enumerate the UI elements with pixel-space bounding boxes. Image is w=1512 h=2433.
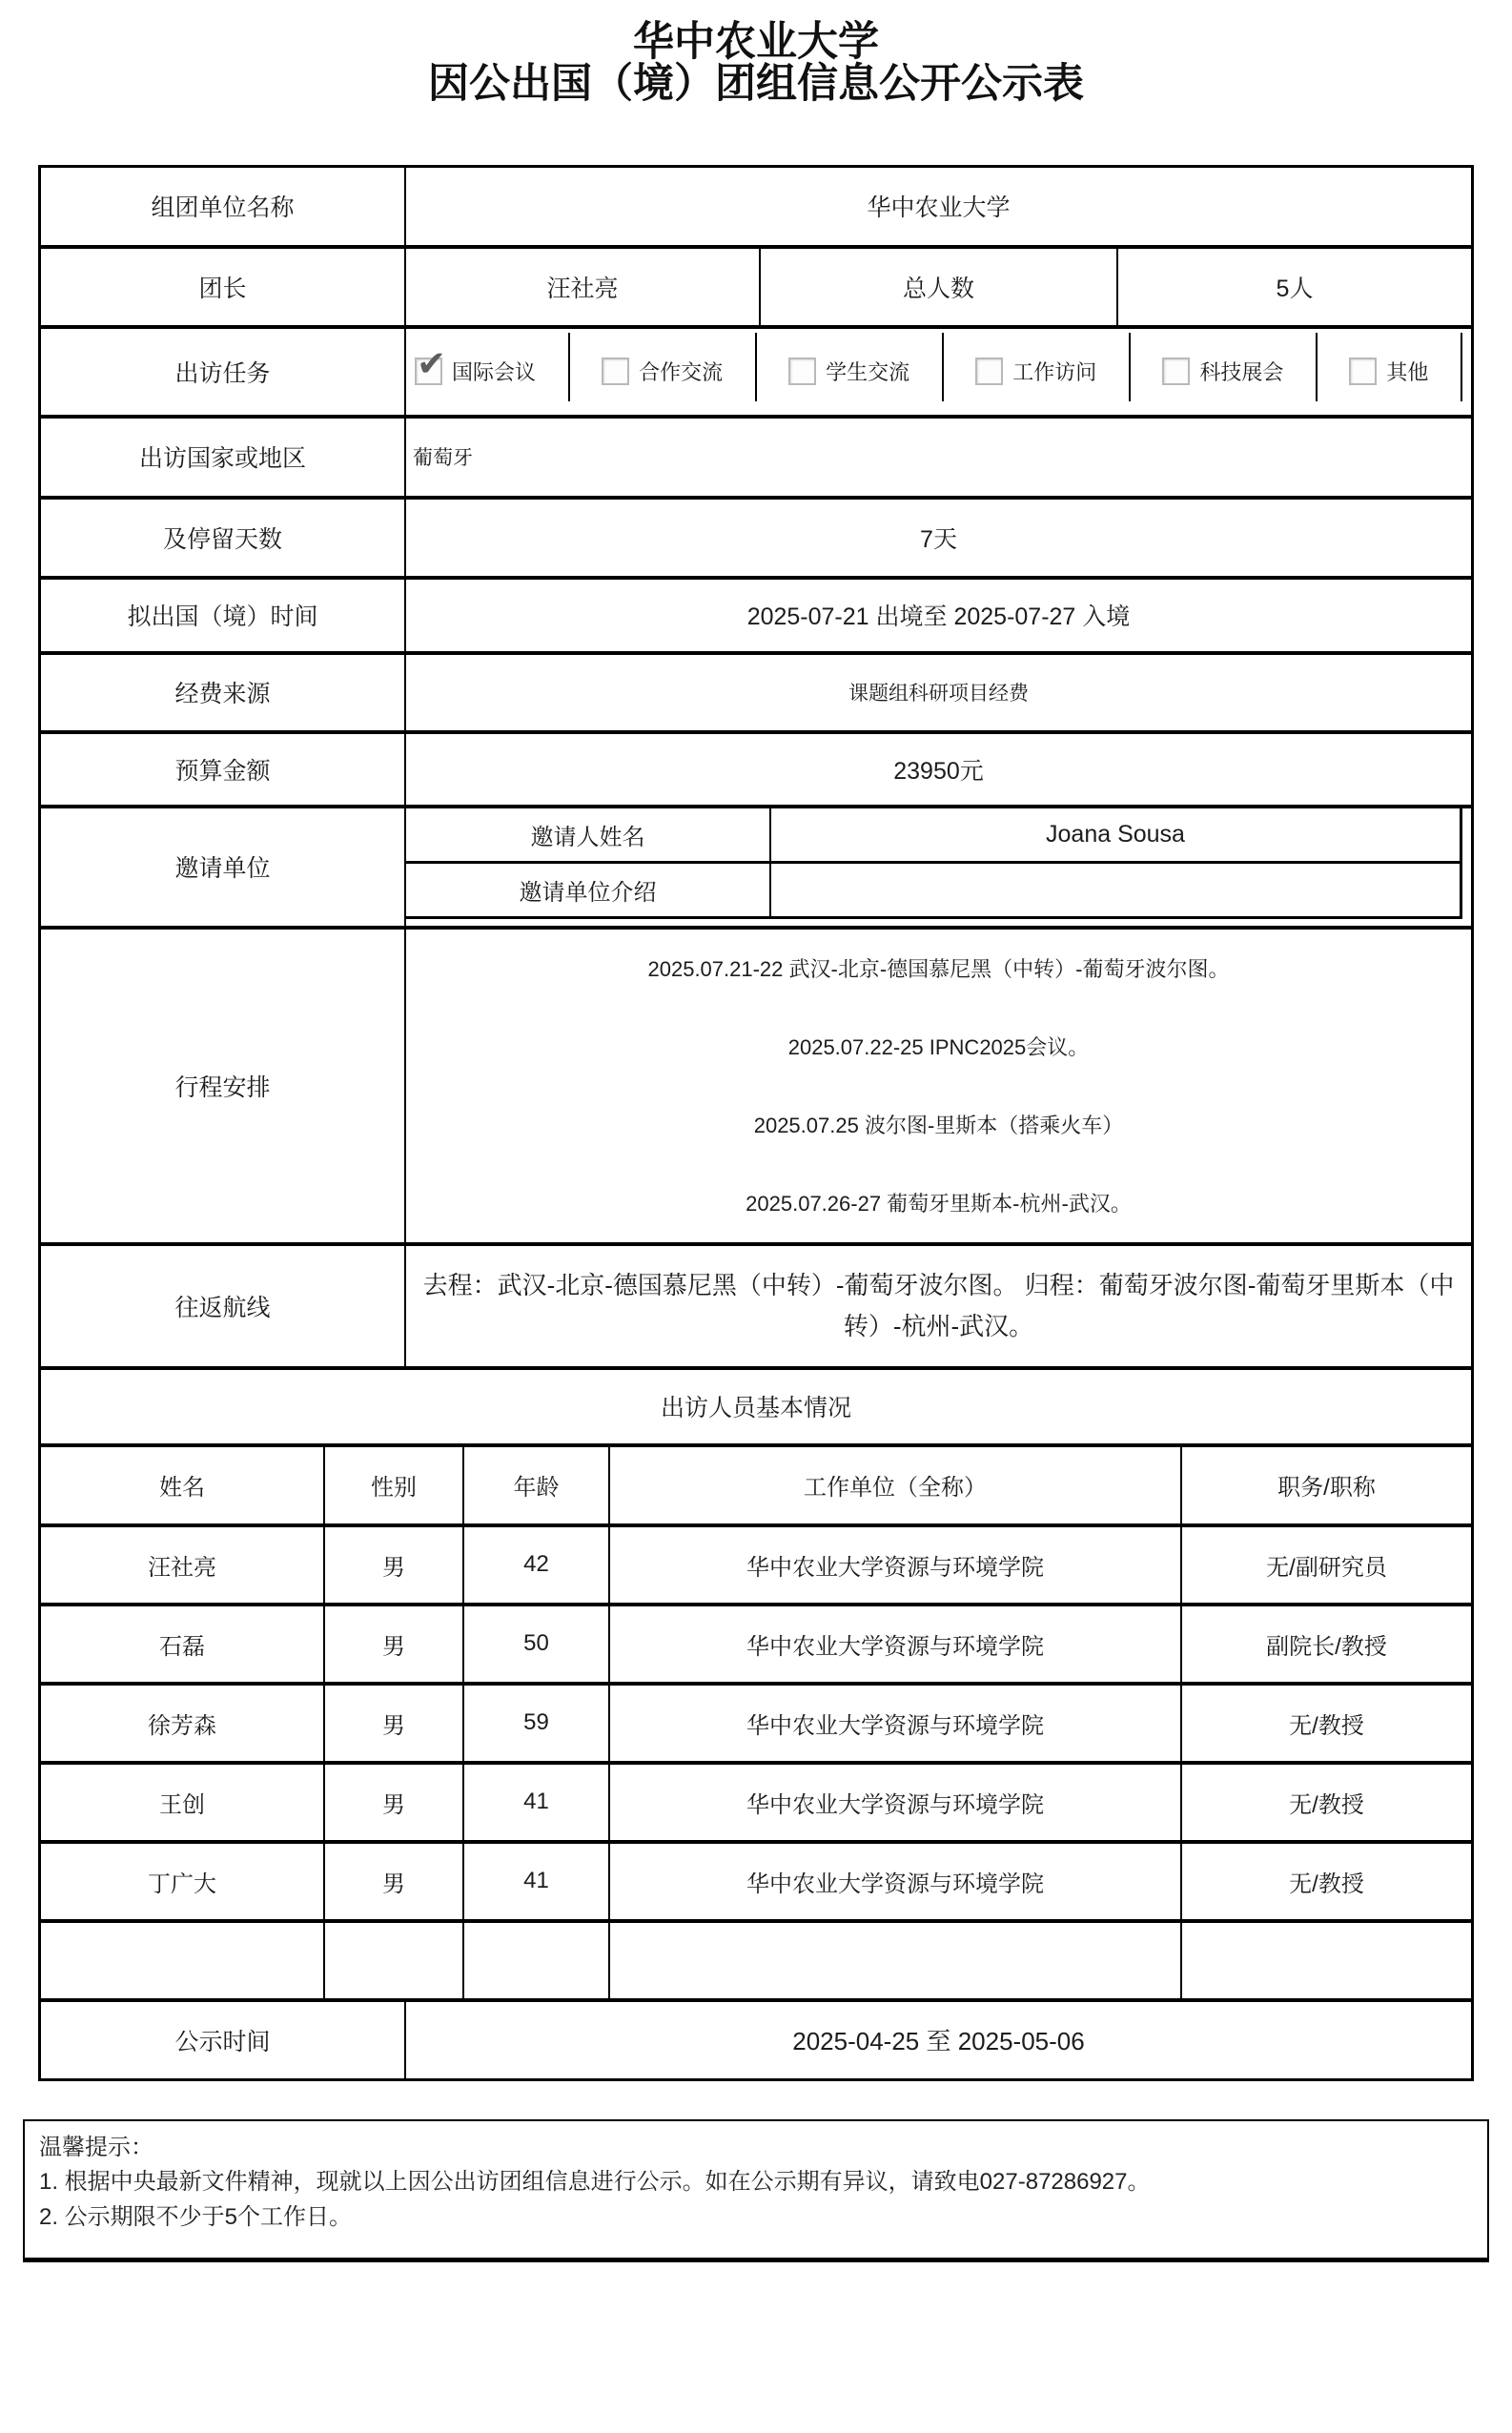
total-label: 总人数 xyxy=(761,249,1118,325)
row-invite: 邀请单位 邀请人姓名 Joana Sousa 邀请单位介绍 xyxy=(41,805,1471,926)
route-label: 往返航线 xyxy=(41,1246,406,1366)
days-value: 7天 xyxy=(406,500,1471,576)
total-value: 5人 xyxy=(1118,249,1471,325)
itinerary-value: 2025.07.21-22 武汉-北京-德国慕尼黑（中转）-葡萄牙波尔图。 20… xyxy=(406,930,1471,1242)
person-name: 汪社亮 xyxy=(41,1527,325,1603)
task-option: ✔ 工作访问 xyxy=(975,357,1096,386)
notes-item-2: 2. 公示期限不少于5个工作日。 xyxy=(39,2200,1473,2235)
row-route: 往返航线 去程：武汉-北京-德国慕尼黑（中转）-葡萄牙波尔图。 归程：葡萄牙波尔… xyxy=(41,1242,1471,1366)
person-sex: 男 xyxy=(325,1606,464,1682)
invite-intro-row: 邀请单位介绍 xyxy=(406,861,1460,916)
person-sex: 男 xyxy=(325,1527,464,1603)
row-tasks: 出访任务 ✔ 国际会议 ✔ 合作交流 ✔ 学生交流 ✔ 工作访问 xyxy=(41,325,1471,415)
task-options: ✔ 国际会议 ✔ 合作交流 ✔ 学生交流 ✔ 工作访问 ✔ 科技展会 xyxy=(406,329,1471,415)
leader-value: 汪社亮 xyxy=(406,249,761,325)
task-option-label: 工作访问 xyxy=(1012,357,1096,386)
task-option: ✔ 国际会议 xyxy=(415,357,536,386)
task-option-label: 学生交流 xyxy=(826,357,909,386)
person-role: 无/教授 xyxy=(1182,1844,1471,1919)
person-age: 50 xyxy=(464,1606,610,1682)
notes-box: 温馨提示： 1. 根据中央最新文件精神，现就以上因公出访团组信息进行公示。如在公… xyxy=(23,2119,1489,2262)
task-divider xyxy=(568,333,570,401)
inviter-name-value: Joana Sousa xyxy=(771,808,1460,861)
task-option: ✔ 学生交流 xyxy=(788,357,909,386)
leader-label: 团长 xyxy=(41,249,406,325)
col-header-org: 工作单位（全称） xyxy=(610,1447,1182,1523)
task-option-label: 其他 xyxy=(1386,357,1428,386)
task-divider xyxy=(755,333,757,401)
person-age: 42 xyxy=(464,1527,610,1603)
disclosure-table: 组团单位名称 华中农业大学 团长 汪社亮 总人数 5人 出访任务 ✔ 国际会议 … xyxy=(38,165,1474,2081)
time-value: 2025-07-21 出境至 2025-07-27 入境 xyxy=(406,580,1471,651)
person-role: 无/副研究员 xyxy=(1182,1527,1471,1603)
check-icon: ✔ xyxy=(417,346,446,381)
publicity-label: 公示时间 xyxy=(41,2002,406,2078)
row-time: 拟出国（境）时间 2025-07-21 出境至 2025-07-27 入境 xyxy=(41,576,1471,651)
person-name: 丁广大 xyxy=(41,1844,325,1919)
person-name: 徐芳森 xyxy=(41,1686,325,1761)
table-row: 石磊 男 50 华中农业大学资源与环境学院 副院长/教授 xyxy=(41,1603,1471,1682)
row-fund: 经费来源 课题组科研项目经费 xyxy=(41,651,1471,730)
invite-intro-label: 邀请单位介绍 xyxy=(406,864,771,916)
table-row: 徐芳森 男 59 华中农业大学资源与环境学院 无/教授 xyxy=(41,1682,1471,1761)
row-budget: 预算金额 23950元 xyxy=(41,730,1471,805)
budget-value: 23950元 xyxy=(406,734,1471,805)
person-org: 华中农业大学资源与环境学院 xyxy=(610,1686,1182,1761)
route-value: 去程：武汉-北京-德国慕尼黑（中转）-葡萄牙波尔图。 归程：葡萄牙波尔图-葡萄牙… xyxy=(406,1246,1471,1366)
country-value: 葡萄牙 xyxy=(406,419,1471,496)
person-name xyxy=(41,1923,325,1998)
person-org: 华中农业大学资源与环境学院 xyxy=(610,1765,1182,1840)
person-name: 王创 xyxy=(41,1765,325,1840)
table-row: 王创 男 41 华中农业大学资源与环境学院 无/教授 xyxy=(41,1761,1471,1840)
org-label: 组团单位名称 xyxy=(41,168,406,245)
task-option-label: 国际会议 xyxy=(452,357,536,386)
org-value: 华中农业大学 xyxy=(406,168,1471,245)
itinerary-label: 行程安排 xyxy=(41,930,406,1242)
task-divider xyxy=(1461,333,1462,401)
table-row: 丁广大 男 41 华中农业大学资源与环境学院 无/教授 xyxy=(41,1840,1471,1919)
task-checkbox[interactable]: ✔ xyxy=(1349,358,1377,385)
row-days: 及停留天数 7天 xyxy=(41,496,1471,576)
fund-label: 经费来源 xyxy=(41,655,406,730)
invite-label: 邀请单位 xyxy=(41,808,406,926)
days-label: 及停留天数 xyxy=(41,500,406,576)
person-age: 59 xyxy=(464,1686,610,1761)
task-checkbox[interactable]: ✔ xyxy=(975,358,1003,385)
task-divider xyxy=(1129,333,1131,401)
itinerary-line: 2025.07.21-22 武汉-北京-德国慕尼黑（中转）-葡萄牙波尔图。 xyxy=(648,953,1230,983)
person-org: 华中农业大学资源与环境学院 xyxy=(610,1844,1182,1919)
notes-item-1: 1. 根据中央最新文件精神，现就以上因公出访团组信息进行公示。如在公示期有异议，… xyxy=(39,2165,1473,2199)
task-label: 出访任务 xyxy=(41,329,406,415)
task-checkbox[interactable]: ✔ xyxy=(602,358,629,385)
person-sex xyxy=(325,1923,464,1998)
person-age: 41 xyxy=(464,1844,610,1919)
task-divider xyxy=(942,333,944,401)
person-role: 无/教授 xyxy=(1182,1686,1471,1761)
task-option-label: 合作交流 xyxy=(639,357,723,386)
person-name: 石磊 xyxy=(41,1606,325,1682)
person-sex: 男 xyxy=(325,1765,464,1840)
task-option: ✔ 科技展会 xyxy=(1162,357,1283,386)
person-org xyxy=(610,1923,1182,1998)
table-row-empty xyxy=(41,1919,1471,1998)
row-personnel-title: 出访人员基本情况 xyxy=(41,1366,1471,1443)
person-org: 华中农业大学资源与环境学院 xyxy=(610,1606,1182,1682)
invite-name-row: 邀请人姓名 Joana Sousa xyxy=(406,808,1460,861)
person-sex: 男 xyxy=(325,1686,464,1761)
page-title: 华中农业大学 因公出国（境）团组信息公开公示表 xyxy=(0,21,1512,106)
itinerary-line: 2025.07.25 波尔图-里斯本（搭乘火车） xyxy=(754,1110,1124,1139)
row-publicity: 公示时间 2025-04-25 至 2025-05-06 xyxy=(41,1998,1471,2078)
notes-title: 温馨提示： xyxy=(39,2131,1473,2165)
itinerary-line: 2025.07.22-25 IPNC2025会议。 xyxy=(788,1032,1090,1061)
person-role: 无/教授 xyxy=(1182,1765,1471,1840)
page-title-line1: 华中农业大学 xyxy=(0,21,1512,63)
itinerary-line: 2025.07.26-27 葡萄牙里斯本-杭州-武汉。 xyxy=(746,1188,1132,1217)
person-age xyxy=(464,1923,610,1998)
inviter-name-label: 邀请人姓名 xyxy=(406,808,771,861)
publicity-value: 2025-04-25 至 2025-05-06 xyxy=(406,2002,1471,2078)
task-checkbox[interactable]: ✔ xyxy=(1162,358,1190,385)
invite-intro-value xyxy=(771,864,1460,916)
task-checkbox[interactable]: ✔ xyxy=(788,358,816,385)
col-header-name: 姓名 xyxy=(41,1447,325,1523)
col-header-sex: 性别 xyxy=(325,1447,464,1523)
task-option-label: 科技展会 xyxy=(1199,357,1283,386)
person-sex: 男 xyxy=(325,1844,464,1919)
col-header-age: 年龄 xyxy=(464,1447,610,1523)
person-role: 副院长/教授 xyxy=(1182,1606,1471,1682)
col-header-role: 职务/职称 xyxy=(1182,1447,1471,1523)
country-label: 出访国家或地区 xyxy=(41,419,406,496)
personnel-section-title: 出访人员基本情况 xyxy=(41,1370,1471,1443)
time-label: 拟出国（境）时间 xyxy=(41,580,406,651)
fund-value: 课题组科研项目经费 xyxy=(406,655,1471,730)
page-title-line2: 因公出国（境）团组信息公开公示表 xyxy=(0,63,1512,105)
row-itinerary: 行程安排 2025.07.21-22 武汉-北京-德国慕尼黑（中转）-葡萄牙波尔… xyxy=(41,926,1471,1242)
budget-label: 预算金额 xyxy=(41,734,406,805)
task-divider xyxy=(1316,333,1318,401)
person-org: 华中农业大学资源与环境学院 xyxy=(610,1527,1182,1603)
personnel-header-row: 姓名 性别 年龄 工作单位（全称） 职务/职称 xyxy=(41,1443,1471,1523)
table-row: 汪社亮 男 42 华中农业大学资源与环境学院 无/副研究员 xyxy=(41,1523,1471,1603)
person-role xyxy=(1182,1923,1471,1998)
row-leader: 团长 汪社亮 总人数 5人 xyxy=(41,245,1471,325)
task-checkbox[interactable]: ✔ xyxy=(415,358,442,385)
row-org: 组团单位名称 华中农业大学 xyxy=(41,168,1471,245)
row-country: 出访国家或地区 葡萄牙 xyxy=(41,415,1471,496)
person-age: 41 xyxy=(464,1765,610,1840)
invite-nested-table: 邀请人姓名 Joana Sousa 邀请单位介绍 xyxy=(406,808,1471,926)
task-option: ✔ 其他 xyxy=(1349,357,1428,386)
task-option: ✔ 合作交流 xyxy=(602,357,723,386)
